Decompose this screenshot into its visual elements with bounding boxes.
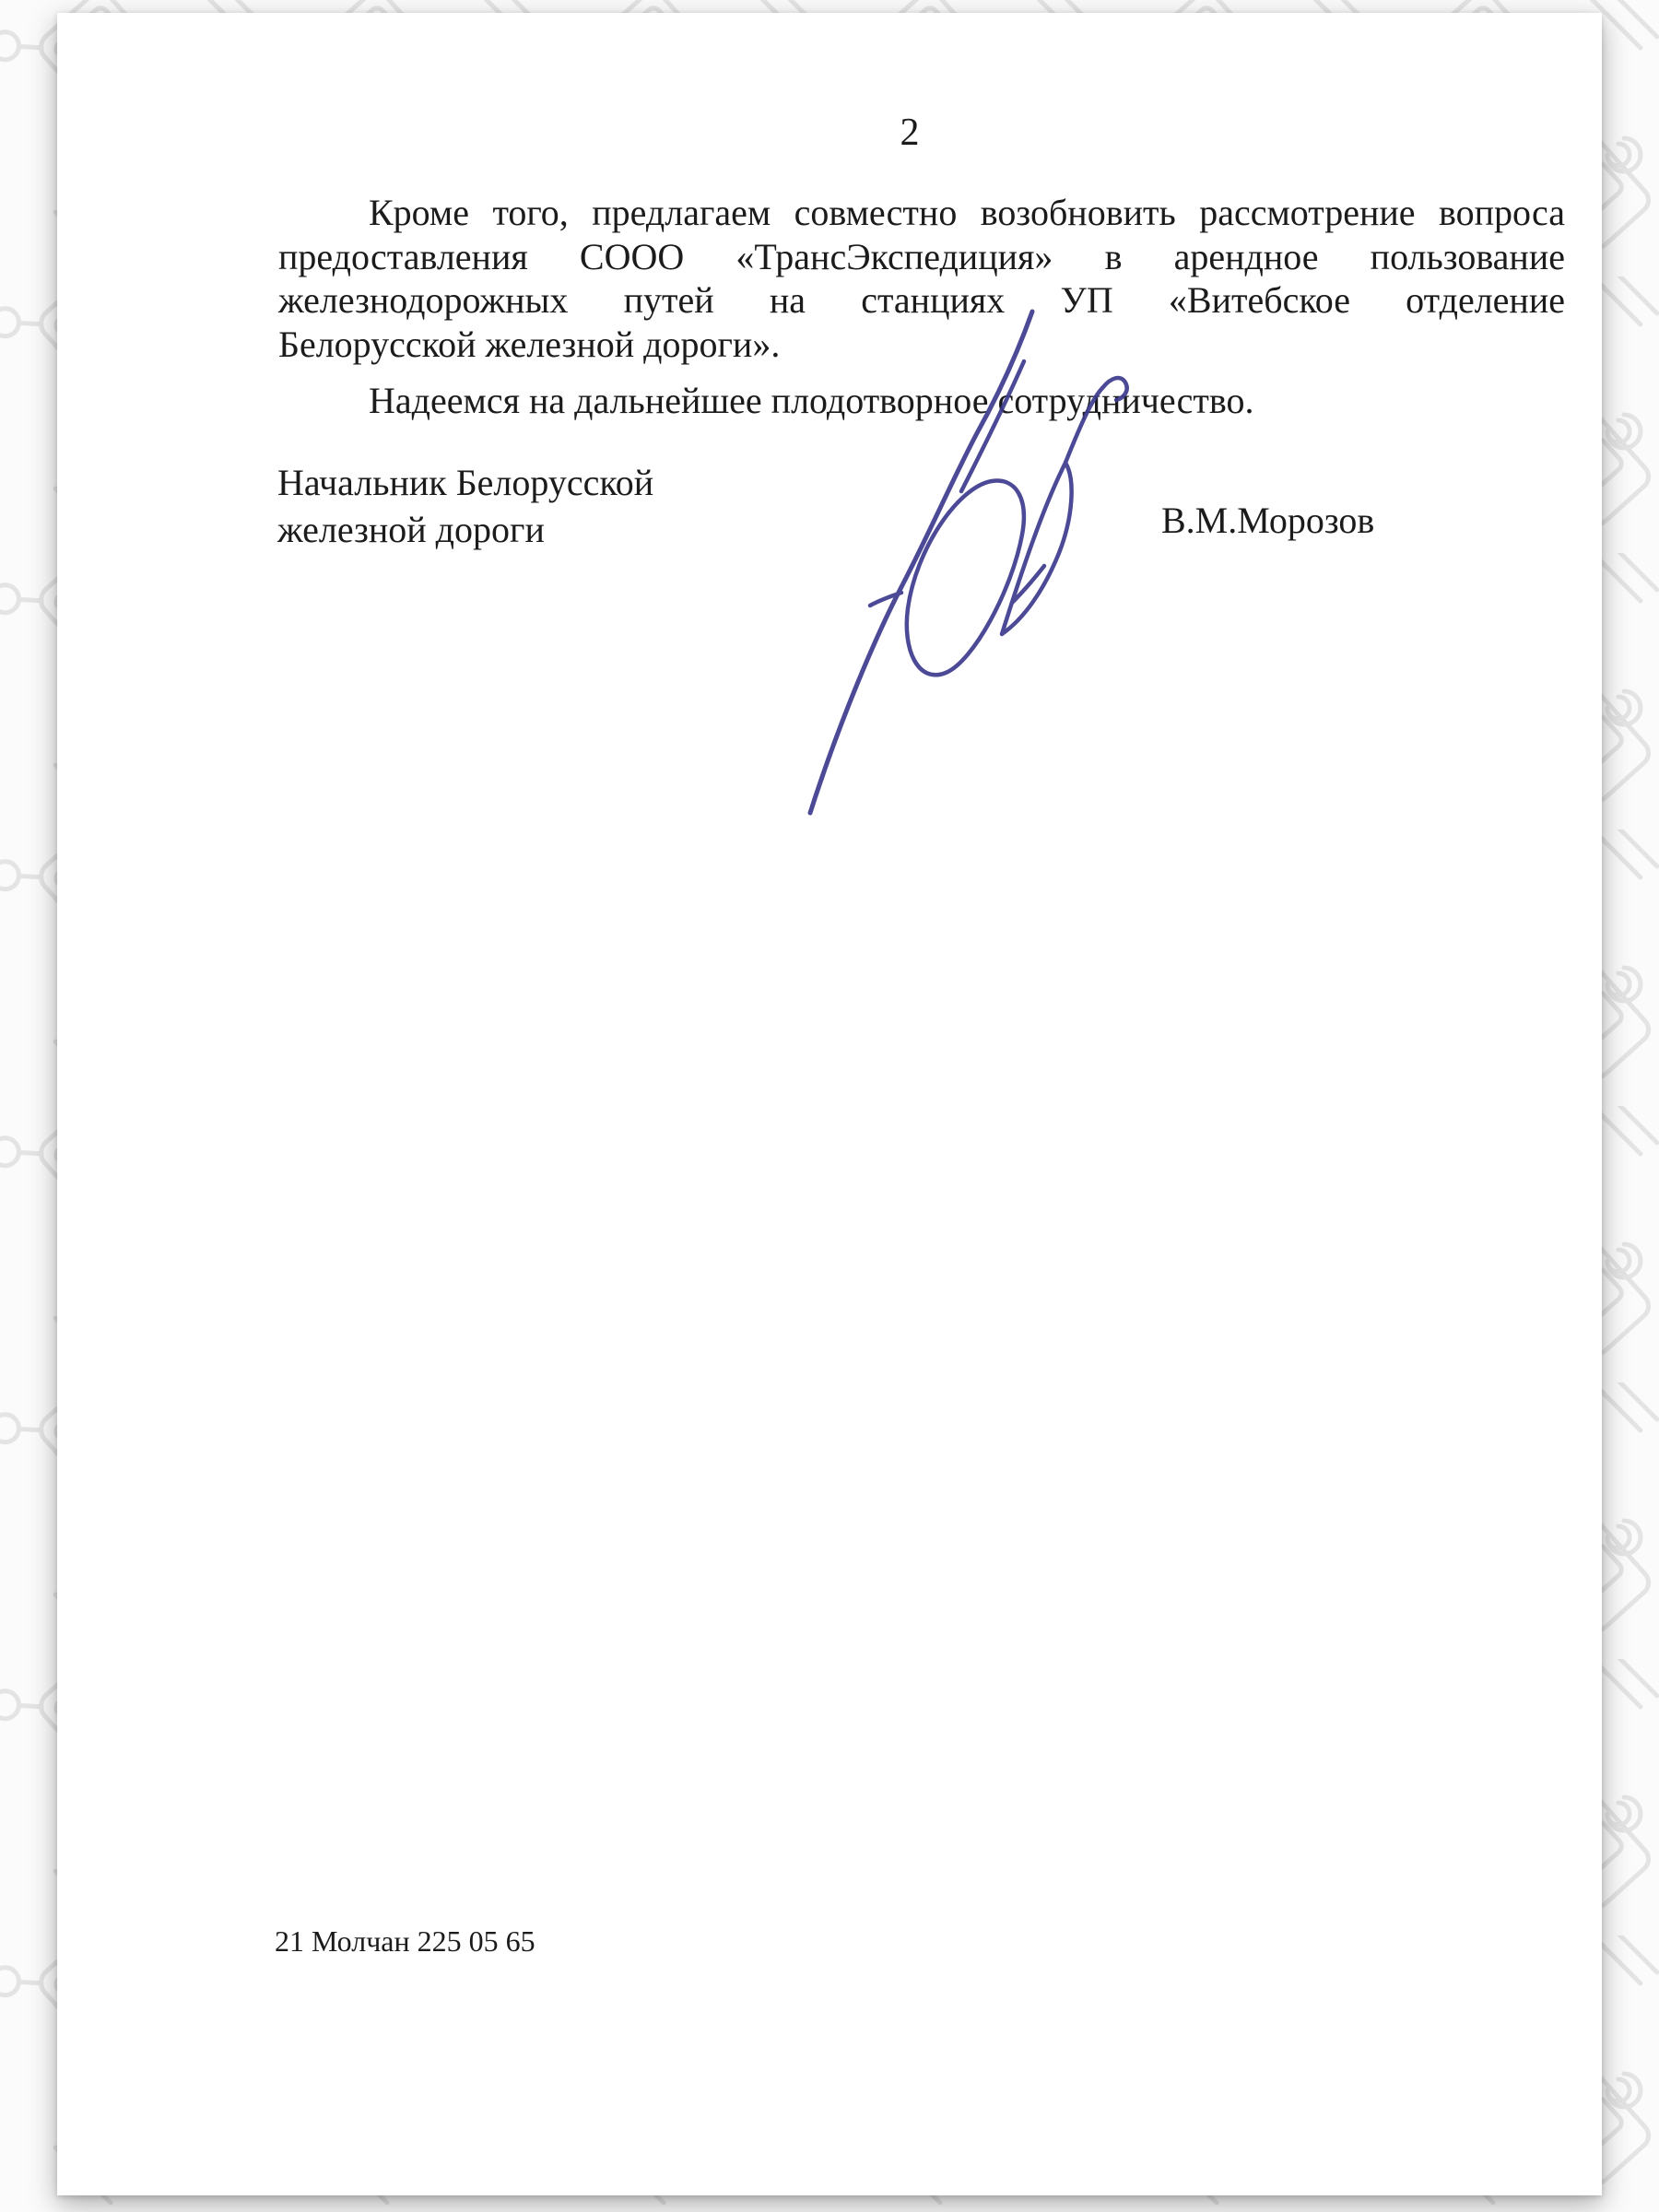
executor-reference: 21 Молчан 225 05 65 — [275, 1923, 828, 1959]
signatory-name: В.М.Морозов — [1161, 500, 1548, 542]
page-number: 2 — [882, 112, 937, 153]
document-page: 2 Кроме того, предлагаем совместно возоб… — [57, 13, 1602, 2195]
signatory-title-line1: Начальник Белорусской — [277, 459, 923, 506]
body-line-3: железнодорожных путей на станциях УП «Ви… — [278, 278, 1565, 323]
body-paragraph-1: Кроме того, предлагаем совместно возобно… — [278, 191, 1565, 366]
body-paragraph-2: Надеемся на дальнейшее плодотворное сотр… — [278, 379, 1655, 423]
signatory-title-line2: железной дороги — [277, 506, 923, 553]
body-line-4: Белорусской железной дороги». — [278, 323, 1565, 367]
body-line-1: Кроме того, предлагаем совместно возобно… — [278, 191, 1565, 235]
body-line-2: предоставления СООО «ТрансЭкспедиция» в … — [278, 235, 1565, 279]
signatory-title: Начальник Белорусской железной дороги — [277, 459, 923, 553]
